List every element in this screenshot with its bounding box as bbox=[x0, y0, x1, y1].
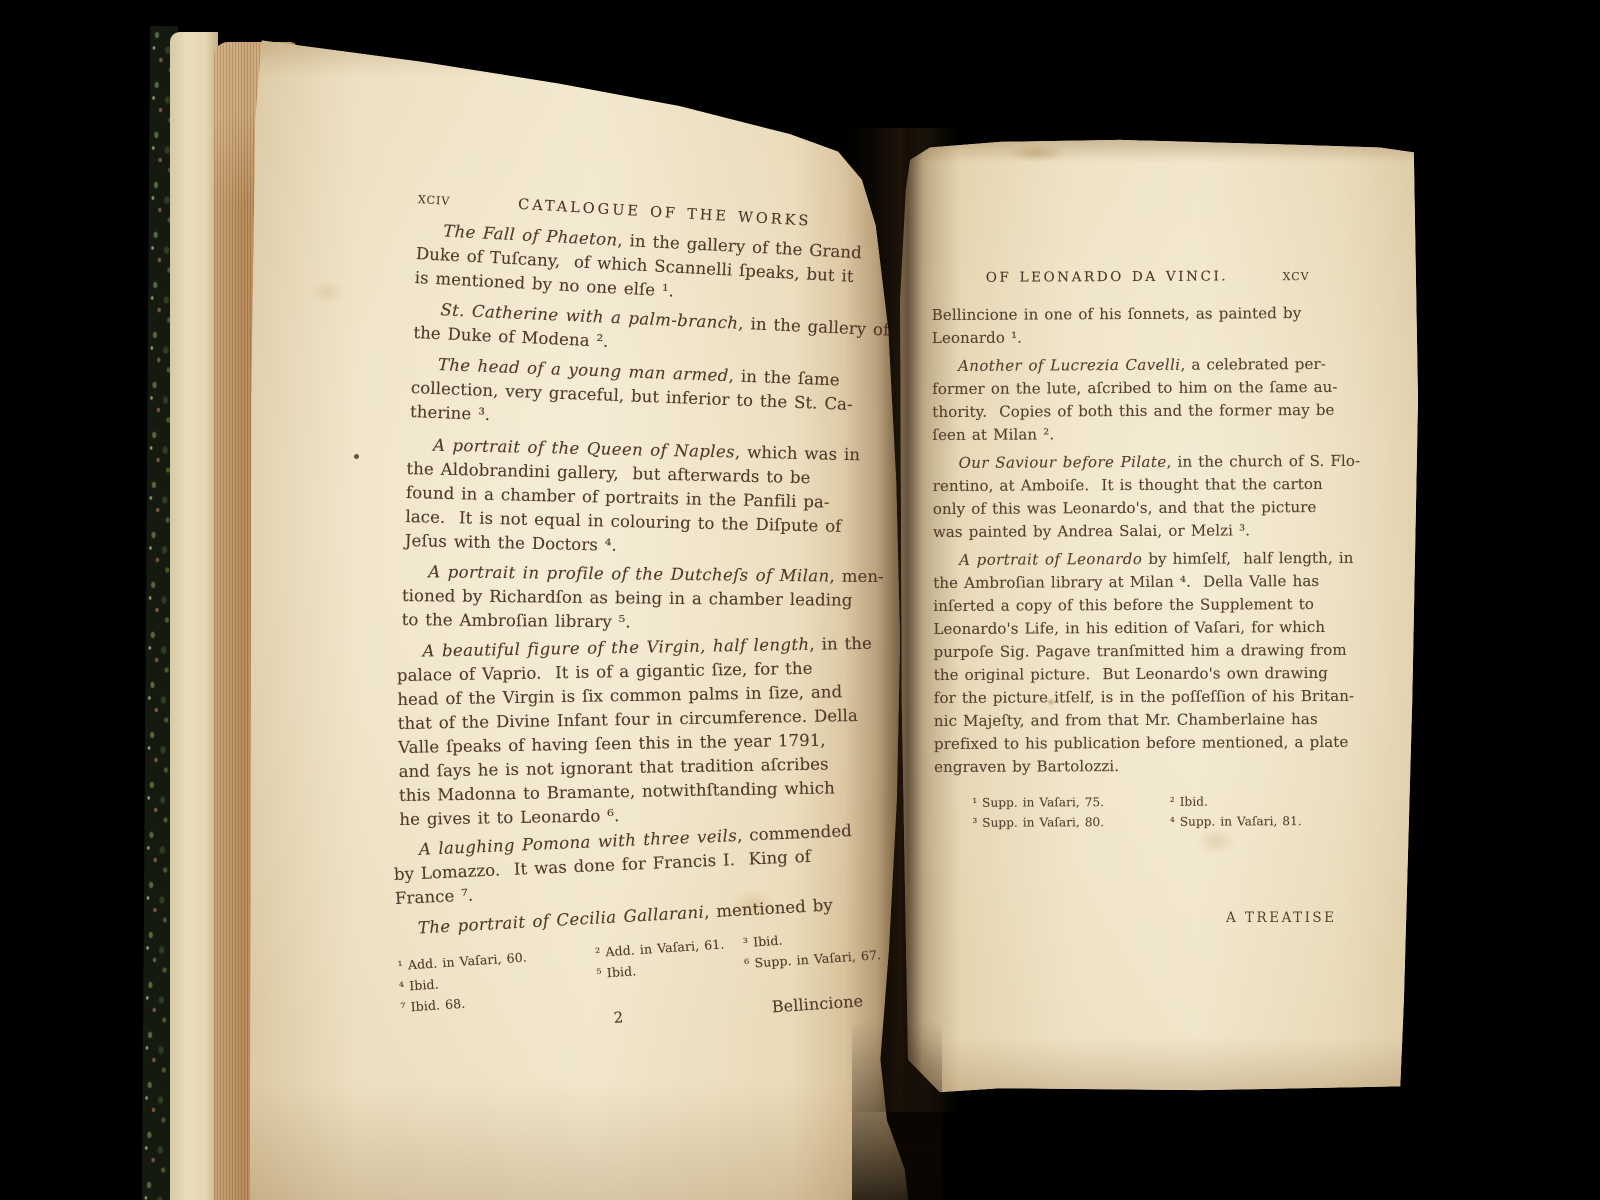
flyleaf-edge bbox=[170, 32, 218, 1200]
right-page-number: xcv bbox=[1283, 263, 1310, 286]
stain bbox=[1006, 144, 1066, 162]
paragraph: Another of Lucrezia Cavelli, a celebrate… bbox=[932, 353, 1310, 447]
foxing-spot bbox=[310, 280, 344, 304]
catchword: Bellincione bbox=[771, 989, 864, 1019]
paragraph: Bellincione in one of his ſonnets, as pa… bbox=[932, 302, 1310, 350]
footnote-column: ² Add. in Vaſari, 61.⁵ Ibid. bbox=[595, 932, 747, 1005]
right-footnotes-block: ¹ Supp. in Vaſari, 75.³ Supp. in Vaſari,… bbox=[972, 791, 1312, 833]
book-photo: xciv CATALOGUE OF THE WORKS The Fall of … bbox=[0, 0, 1600, 1200]
paragraph: A portrait of Leonardo by himſelf, half … bbox=[933, 547, 1312, 779]
footnote-column: ¹ Supp. in Vaſari, 75.³ Supp. in Vaſari,… bbox=[972, 792, 1170, 833]
catchword: A TREATISE bbox=[1226, 910, 1337, 926]
footnote-column: ¹ Add. in Vaſari, 60.⁴ Ibid.⁷ Ibid. 68. bbox=[397, 942, 599, 1018]
paragraph: The head of a young man armed, in the ſa… bbox=[410, 352, 874, 442]
paragraph: Our Saviour before Pilate, in the church… bbox=[932, 450, 1310, 544]
footnote-column: ³ Ibid.⁶ Supp. in Vaſari, 67. bbox=[742, 924, 862, 995]
signature-mark: 2 bbox=[613, 1005, 624, 1030]
right-page-text-column: OF LEONARDO DA VINCI. xcv Bellincione in… bbox=[932, 263, 1313, 833]
left-page-text-column: xciv CATALOGUE OF THE WORKS The Fall of … bbox=[398, 186, 860, 1051]
foxing-spot bbox=[1196, 828, 1236, 854]
footnote-column: ² Ibid.⁴ Supp. in Vaſari, 81. bbox=[1170, 791, 1313, 832]
paragraph: A portrait in profile of the Dutcheſs of… bbox=[402, 560, 865, 637]
paragraph: A beautiful figure of the Virgin, half l… bbox=[396, 632, 861, 832]
ink-speck bbox=[354, 454, 359, 459]
right-page-header: OF LEONARDO DA VINCI. xcv bbox=[932, 263, 1310, 290]
right-running-title: OF LEONARDO DA VINCI. bbox=[932, 265, 1283, 290]
left-footnotes-block: ¹ Add. in Vaſari, 60.⁴ Ibid.⁷ Ibid. 68. … bbox=[397, 924, 864, 1043]
left-page: xciv CATALOGUE OF THE WORKS The Fall of … bbox=[250, 30, 910, 1200]
paragraph: A portrait of the Queen of Naples, which… bbox=[405, 433, 870, 563]
left-page-number: xciv bbox=[417, 186, 451, 212]
right-page: OF LEONARDO DA VINCI. xcv Bellincione in… bbox=[896, 138, 1418, 1094]
